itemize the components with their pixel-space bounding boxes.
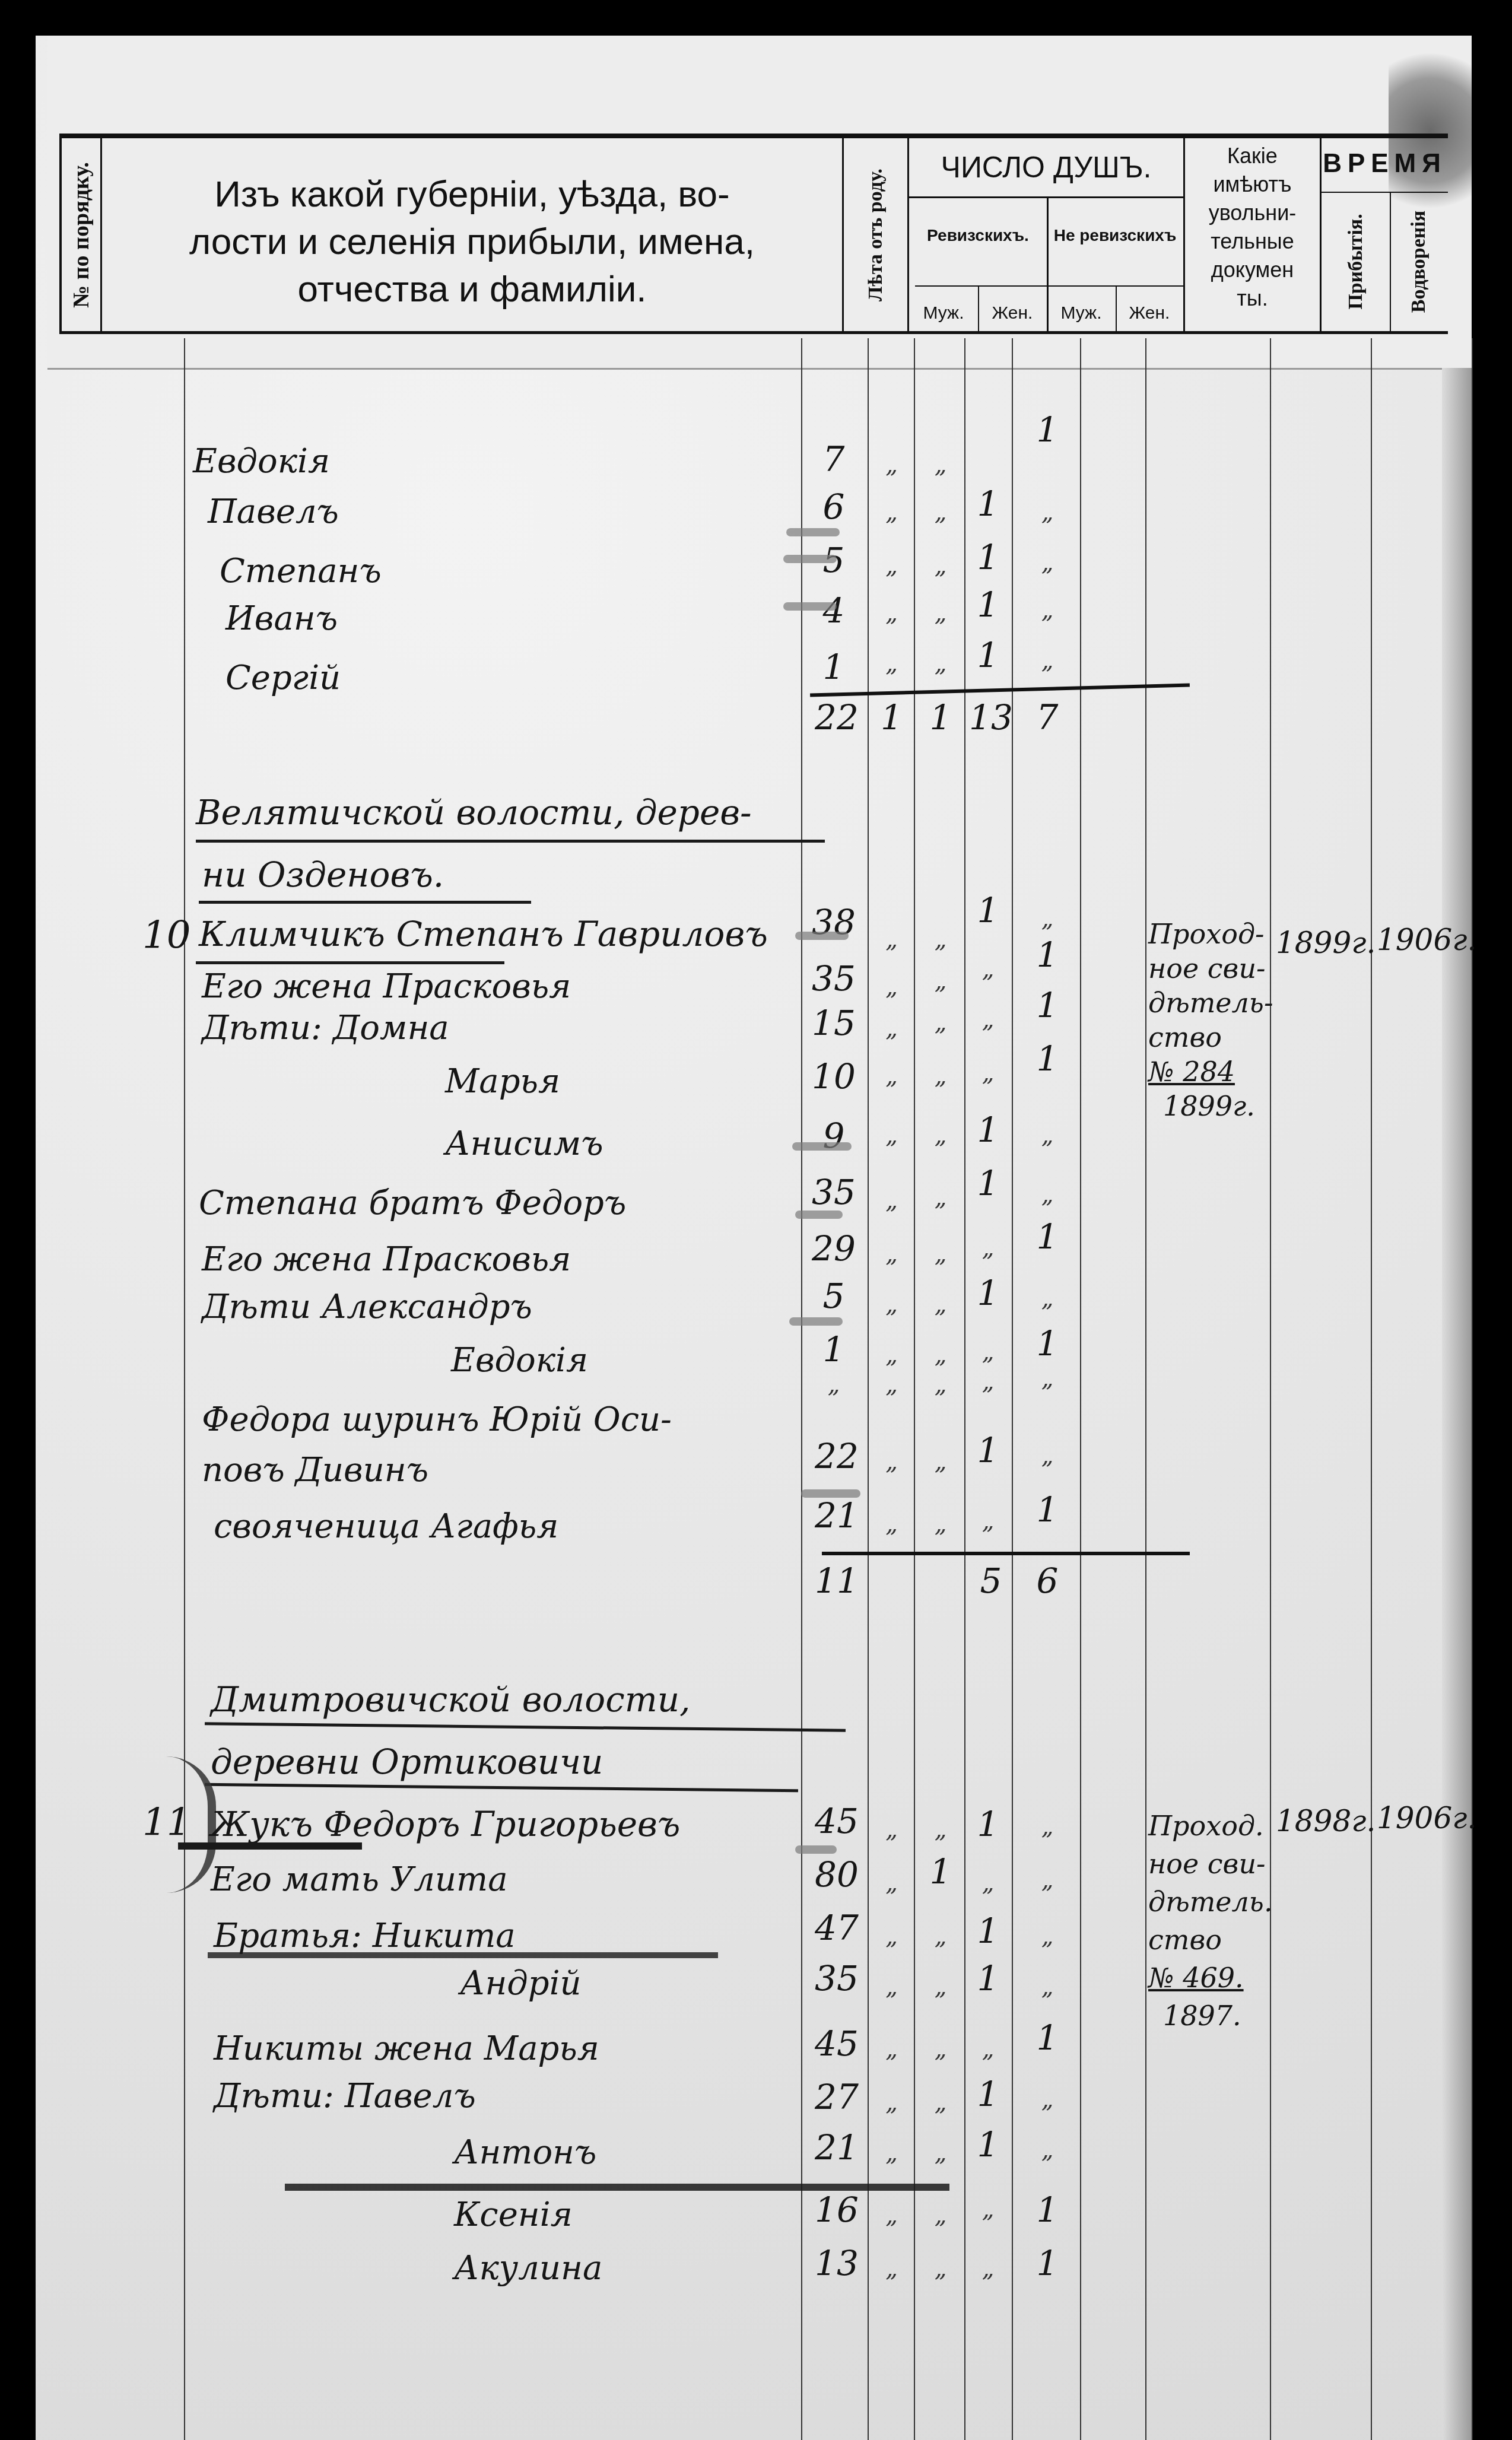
ruling-line bbox=[801, 338, 802, 2440]
entry-rev-female: „ bbox=[917, 2089, 964, 2116]
entry-nrev-female: 1 bbox=[1015, 1323, 1080, 1364]
entry-nrev-female: „ bbox=[1015, 1973, 1080, 2000]
entry-rev-female: „ bbox=[917, 1240, 964, 1267]
entry-nrev-male: 1 bbox=[964, 1911, 1012, 1951]
entry-nrev-male: 1 bbox=[964, 635, 1012, 675]
entry-name: Его жена Прасковья bbox=[202, 1240, 571, 1279]
header-col-time: ВРЕМЯ Прибытія. Водворенія bbox=[1322, 138, 1448, 331]
header-col-revision: Ревизскихъ. Муж. Жен. bbox=[909, 196, 1049, 331]
origin-volost: Велятичской волости, дерев- bbox=[196, 792, 752, 833]
document-line: ное сви- bbox=[1148, 1845, 1273, 1883]
header-origin-line: лости и селенія прибыли, имена, bbox=[102, 218, 842, 266]
document-description: Проход. ное сви- дѣтель. ство № 469. 189… bbox=[1148, 1807, 1273, 2035]
entry-name: Его мать Улита bbox=[211, 1860, 508, 1899]
entry-rev-male: „ bbox=[869, 973, 914, 1000]
entry-nrev-female: 1 bbox=[1015, 935, 1080, 975]
header-documents-line: тельные bbox=[1185, 227, 1320, 256]
origin-volost: Дмитровичской волости, bbox=[211, 1679, 690, 1720]
pencil-mark bbox=[792, 1142, 852, 1151]
header-rev-male: Муж. bbox=[909, 285, 979, 331]
pencil-mark bbox=[795, 1845, 837, 1854]
ruling-line bbox=[1145, 338, 1146, 2440]
header-col-documents: Какіе имѣютъ увольни- тельные докумен ты… bbox=[1185, 138, 1322, 331]
header-nrev-female-label: Жен. bbox=[1116, 303, 1183, 323]
document-number: № 284 bbox=[1148, 1054, 1273, 1089]
ruling-line bbox=[1012, 338, 1013, 2440]
entry-rev-male: „ bbox=[869, 552, 914, 579]
entry-nrev-female: „ bbox=[1015, 1365, 1080, 1392]
entry-age: 27 bbox=[807, 2077, 866, 2117]
header-col-souls-label: ЧИСЛО ДУШЪ. bbox=[909, 150, 1183, 185]
entry-nrev-male: „ bbox=[964, 2035, 1012, 2063]
page-edge-shadow bbox=[1442, 368, 1472, 2440]
entry-nrev-male: 1 bbox=[964, 584, 1012, 625]
header-documents-line: увольни- bbox=[1185, 199, 1320, 227]
entry-rev-male: „ bbox=[869, 2201, 914, 2229]
arrival-date: 1898г. bbox=[1276, 1804, 1376, 1838]
entry-rev-male: „ bbox=[869, 1923, 914, 1950]
entry-nrev-female: „ bbox=[1015, 1813, 1080, 1840]
header-col-non-revision: Не ревизскихъ Муж. Жен. bbox=[1047, 196, 1183, 331]
entry-name: Дѣти Александръ bbox=[202, 1288, 532, 1326]
header-col-arrival-label: Прибытія. bbox=[1345, 214, 1367, 310]
entry-rev-male: „ bbox=[869, 1291, 914, 1318]
arrival-date: 1899г. bbox=[1276, 926, 1376, 960]
entry-rev-male: „ bbox=[869, 2255, 914, 2282]
underline bbox=[178, 1842, 362, 1850]
entry-nrev-male: „ bbox=[964, 1059, 1012, 1086]
entry-nrev-male: 1 bbox=[964, 1804, 1012, 1844]
header-col-number: № по порядку. bbox=[59, 138, 102, 331]
entry-name: Братья: Никита bbox=[214, 1917, 516, 1955]
entry-name: Евдокія bbox=[451, 1341, 588, 1380]
entry-nrev-female: 1 bbox=[1015, 2190, 1080, 2230]
entry-nrev-male: „ bbox=[964, 955, 1012, 983]
entry-nrev-female: 1 bbox=[1015, 1038, 1080, 1079]
entry-age: 15 bbox=[807, 1003, 860, 1043]
entry-name: Сергій bbox=[225, 659, 341, 697]
entry-nrev-male: „ bbox=[964, 1234, 1012, 1262]
head-of-family-name: Жукъ Федоръ Григорьевъ bbox=[211, 1804, 680, 1844]
entry-rev-female: „ bbox=[917, 1923, 964, 1950]
header-documents-line: докумен bbox=[1185, 256, 1320, 284]
entry-nrev-male: 1 bbox=[964, 1958, 1012, 1999]
header-col-number-label: № по порядку. bbox=[68, 162, 94, 308]
document-date: 1897. bbox=[1148, 1997, 1273, 2035]
entry-nrev-male: „ bbox=[964, 1338, 1012, 1365]
entry-nrev-female: „ bbox=[1015, 905, 1080, 932]
entry-name: Дѣти: Домна bbox=[202, 1009, 449, 1047]
entry-age: 13 bbox=[807, 2243, 866, 2283]
entry-rev-female: 1 bbox=[917, 1851, 964, 1892]
origin-village: деревни Ортиковичи bbox=[211, 1742, 603, 1782]
entry-age: 22 bbox=[807, 1436, 866, 1476]
ruling-line bbox=[914, 338, 915, 2440]
entry-rev-female: „ bbox=[917, 552, 964, 579]
entry-nrev-male: „ bbox=[964, 2255, 1012, 2282]
family-number: 11 bbox=[142, 1801, 190, 1845]
entry-name: Анисимъ bbox=[445, 1124, 603, 1163]
header-col-revision-label: Ревизскихъ. bbox=[909, 226, 1047, 245]
entry-age: 4 bbox=[807, 590, 860, 631]
header-col-age: Лѣта отъ роду. bbox=[844, 138, 909, 331]
header-nrev-female: Жен. bbox=[1116, 285, 1183, 331]
entry-nrev-female: 1 bbox=[1015, 985, 1080, 1025]
entry-rev-male: „ bbox=[869, 650, 914, 677]
entry-rev-male: „ bbox=[869, 1869, 914, 1896]
header-col-time-label: ВРЕМЯ bbox=[1322, 149, 1448, 179]
ruling-line bbox=[1472, 338, 1473, 2440]
entry-nrev-male: „ bbox=[964, 2196, 1012, 2223]
entry-rev-male: „ bbox=[869, 1341, 914, 1368]
entry-age: „ bbox=[807, 1371, 860, 1398]
total-age: 22 bbox=[807, 697, 866, 738]
pencil-mark bbox=[789, 1317, 843, 1326]
entry-name: Степана братъ Федоръ bbox=[199, 1184, 626, 1222]
entry-rev-female: „ bbox=[917, 1973, 964, 2000]
entry-rev-female: „ bbox=[917, 1184, 964, 1211]
entry-age: 80 bbox=[807, 1854, 866, 1895]
ruling-line bbox=[1080, 338, 1081, 2440]
entry-rev-female: „ bbox=[917, 1009, 964, 1036]
entry-rev-female: „ bbox=[917, 926, 964, 953]
document-line: Проход- bbox=[1148, 917, 1273, 951]
entry-age: 16 bbox=[807, 2190, 866, 2230]
header-col-origin-label: Изъ какой губерніи, уѣзда, во- лости и с… bbox=[102, 171, 842, 313]
entry-age: 10 bbox=[807, 1056, 860, 1097]
settlement-date: 1906г. bbox=[1377, 923, 1476, 957]
entry-name: свояченица Агафья bbox=[214, 1507, 558, 1546]
header-documents-line: Какіе bbox=[1185, 142, 1320, 170]
entry-nrev-female: 1 bbox=[1015, 2018, 1080, 2058]
entry-age: 45 bbox=[807, 2023, 866, 2064]
entry-name: Марья bbox=[445, 1062, 560, 1101]
entry-nrev-female: „ bbox=[1015, 1285, 1080, 1312]
header-col-origin: Изъ какой губерніи, уѣзда, во- лости и с… bbox=[102, 138, 844, 331]
entry-nrev-male: 1 bbox=[964, 2074, 1012, 2114]
document-description: Проход- ное сви- дѣтель- ство № 284 1899… bbox=[1148, 917, 1273, 1123]
entry-rev-male: „ bbox=[869, 2089, 914, 2116]
entry-rev-female: „ bbox=[917, 599, 964, 627]
header-col-age-label: Лѣта отъ роду. bbox=[865, 168, 887, 301]
document-line: ство bbox=[1148, 1921, 1273, 1959]
entry-nrev-female: „ bbox=[1015, 1923, 1080, 1950]
entry-age: 21 bbox=[807, 1495, 866, 1536]
entry-nrev-female: 1 bbox=[1015, 409, 1080, 450]
entry-age: 45 bbox=[807, 1801, 866, 1841]
origin-village: ни Озденовъ. bbox=[202, 854, 444, 895]
pencil-mark bbox=[795, 1211, 843, 1219]
header-origin-line: Изъ какой губерніи, уѣзда, во- bbox=[102, 171, 842, 218]
entry-name: Его жена Прасковья bbox=[202, 967, 571, 1006]
pencil-mark bbox=[783, 555, 837, 563]
header-rev-female-label: Жен. bbox=[978, 303, 1047, 323]
document-line: ство bbox=[1148, 1020, 1273, 1054]
entry-nrev-female: „ bbox=[1015, 2086, 1080, 2113]
total-nrev-male: 5 bbox=[964, 1561, 1018, 1601]
entry-name: Ксенія bbox=[454, 2196, 573, 2234]
family-number: 10 bbox=[142, 914, 190, 958]
header-rev-female: Жен. bbox=[978, 285, 1047, 331]
entry-name: Федора шуринъ Юрій Оси- bbox=[202, 1400, 672, 1439]
underline bbox=[199, 901, 531, 904]
entry-rev-male: „ bbox=[869, 1187, 914, 1214]
entry-nrev-female: „ bbox=[1015, 647, 1080, 674]
entry-nrev-male: „ bbox=[964, 1006, 1012, 1033]
entry-rev-female: „ bbox=[917, 1510, 964, 1537]
entry-rev-male: „ bbox=[869, 1121, 914, 1149]
underline bbox=[196, 840, 825, 843]
entry-nrev-male: „ bbox=[964, 1507, 1012, 1534]
entry-rev-female: „ bbox=[917, 2139, 964, 2166]
entry-nrev-male: 1 bbox=[964, 1273, 1012, 1313]
entry-age: 6 bbox=[807, 487, 860, 527]
entry-rev-female: „ bbox=[917, 498, 964, 526]
entry-rev-female: „ bbox=[917, 1816, 964, 1843]
pencil-underline bbox=[208, 1952, 718, 1958]
entry-nrev-male: 1 bbox=[964, 2124, 1012, 2165]
entry-nrev-male: 1 bbox=[964, 1163, 1012, 1203]
entry-rev-female: „ bbox=[917, 1341, 964, 1368]
entry-age: 7 bbox=[807, 439, 860, 479]
entry-rev-female: „ bbox=[917, 1121, 964, 1149]
entry-age: 35 bbox=[807, 1172, 860, 1212]
entry-nrev-female: „ bbox=[1015, 1121, 1080, 1149]
entry-age: 47 bbox=[807, 1908, 866, 1948]
ruling-line bbox=[184, 338, 185, 2440]
entry-nrev-male: 1 bbox=[964, 890, 1012, 930]
document-number: № 469. bbox=[1148, 1959, 1273, 1997]
header-documents-line: имѣютъ bbox=[1185, 170, 1320, 199]
entry-nrev-male: 1 bbox=[964, 1110, 1012, 1150]
header-nrev-male-label: Муж. bbox=[1047, 303, 1116, 323]
entry-name: Дѣти: Павелъ bbox=[214, 2077, 476, 2115]
entry-nrev-female: „ bbox=[1015, 498, 1080, 526]
entry-nrev-female: 1 bbox=[1015, 2243, 1080, 2283]
entry-rev-female: „ bbox=[917, 1448, 964, 1475]
settlement-date: 1906г. bbox=[1377, 1801, 1476, 1835]
entry-nrev-female: 1 bbox=[1015, 1489, 1080, 1530]
entry-name: Иванъ bbox=[225, 599, 338, 638]
entry-rev-male: „ bbox=[869, 1062, 914, 1089]
header-rev-male-label: Муж. bbox=[909, 303, 978, 323]
header-nrev-male: Муж. bbox=[1047, 285, 1117, 331]
entry-rev-male: „ bbox=[869, 599, 914, 627]
header-origin-line: отчества и фамиліи. bbox=[102, 266, 842, 313]
entry-rev-male: „ bbox=[869, 498, 914, 526]
head-of-family-name: Климчикъ Степанъ Гавриловъ bbox=[199, 914, 768, 954]
entry-age: 35 bbox=[807, 1958, 866, 1999]
ruling-line bbox=[868, 338, 869, 2440]
total-rev-male: 1 bbox=[869, 697, 914, 738]
entry-rev-female: „ bbox=[917, 2255, 964, 2282]
entry-rev-male: „ bbox=[869, 1240, 914, 1267]
header-col-arrival: Прибытія. bbox=[1322, 192, 1391, 331]
entry-nrev-female: „ bbox=[1015, 596, 1080, 624]
entry-rev-female: „ bbox=[917, 650, 964, 677]
entry-rev-female: „ bbox=[917, 451, 964, 478]
header-col-settlement: Водворенія bbox=[1390, 192, 1448, 331]
entry-rev-female: „ bbox=[917, 2201, 964, 2229]
entry-nrev-female: 1 bbox=[1015, 1216, 1080, 1257]
column-header-table: № по порядку. Изъ какой губерніи, уѣзда,… bbox=[59, 134, 1448, 334]
entry-rev-male: „ bbox=[869, 1816, 914, 1843]
ruling-line bbox=[1270, 338, 1271, 2440]
total-rev-female: 1 bbox=[917, 697, 964, 738]
entry-rev-female: „ bbox=[917, 2035, 964, 2063]
entry-nrev-male: „ bbox=[964, 1869, 1012, 1896]
entry-name: Степанъ bbox=[220, 552, 382, 590]
entry-rev-female: „ bbox=[917, 1062, 964, 1089]
ruling-line bbox=[1371, 338, 1372, 2440]
header-col-souls: ЧИСЛО ДУШЪ. Ревизскихъ. Муж. Жен. Не рев… bbox=[909, 138, 1185, 331]
entry-rev-male: „ bbox=[869, 1015, 914, 1042]
pencil-mark bbox=[795, 932, 849, 940]
total-age: 11 bbox=[807, 1561, 866, 1601]
entry-nrev-female: „ bbox=[1015, 1181, 1080, 1208]
entry-name: Никиты жена Марья bbox=[214, 2029, 599, 2068]
header-documents-line: ты. bbox=[1185, 284, 1320, 313]
entry-rev-male: „ bbox=[869, 1510, 914, 1537]
pencil-mark bbox=[783, 602, 837, 611]
entry-rev-male: „ bbox=[869, 1371, 914, 1398]
total-nrev-female: 6 bbox=[1015, 1561, 1080, 1601]
header-col-documents-label: Какіе имѣютъ увольни- тельные докумен ты… bbox=[1185, 142, 1320, 313]
entry-age: 21 bbox=[807, 2127, 866, 2168]
total-nrev-female: 7 bbox=[1015, 697, 1080, 738]
entry-age: 29 bbox=[807, 1228, 860, 1269]
entry-rev-male: „ bbox=[869, 1448, 914, 1475]
entry-nrev-female: „ bbox=[1015, 1866, 1080, 1893]
entry-rev-male: „ bbox=[869, 2035, 914, 2063]
document-line: дѣтель- bbox=[1148, 986, 1273, 1020]
entry-name: Павелъ bbox=[208, 493, 339, 531]
entry-name: Андрій bbox=[460, 1964, 582, 2003]
entry-name: Евдокія bbox=[193, 442, 330, 481]
entry-name: Антонъ bbox=[454, 2133, 596, 2172]
entry-rev-male: „ bbox=[869, 926, 914, 953]
header-col-non-revision-label: Не ревизскихъ bbox=[1047, 226, 1183, 245]
total-line bbox=[822, 1552, 1190, 1555]
entry-nrev-male: 1 bbox=[964, 484, 1012, 524]
entry-age: 1 bbox=[807, 647, 860, 687]
header-col-settlement-label: Водворенія bbox=[1408, 210, 1430, 312]
entry-nrev-female: „ bbox=[1015, 2136, 1080, 2163]
entry-nrev-female: „ bbox=[1015, 549, 1080, 576]
entry-nrev-male: 1 bbox=[964, 537, 1012, 577]
entry-rev-female: „ bbox=[917, 967, 964, 995]
underline bbox=[196, 961, 504, 964]
entry-rev-male: „ bbox=[869, 451, 914, 478]
document-line: Проход. bbox=[1148, 1807, 1273, 1845]
document-line: дѣтель. bbox=[1148, 1883, 1273, 1921]
pencil-mark bbox=[786, 528, 840, 536]
entry-nrev-male: 1 bbox=[964, 1430, 1012, 1470]
entry-rev-male: „ bbox=[869, 1973, 914, 2000]
entry-rev-female: „ bbox=[917, 1291, 964, 1318]
entry-name: повъ Дивинъ bbox=[202, 1451, 428, 1489]
entry-name: Акулина bbox=[454, 2249, 602, 2287]
entry-rev-male: „ bbox=[869, 2139, 914, 2166]
document-date: 1899г. bbox=[1148, 1089, 1273, 1123]
document-line: ное сви- bbox=[1148, 951, 1273, 986]
entry-age: 5 bbox=[807, 1276, 860, 1316]
entry-nrev-female: „ bbox=[1015, 1442, 1080, 1469]
entry-age: 1 bbox=[807, 1329, 860, 1370]
entry-nrev-male: „ bbox=[964, 1368, 1012, 1395]
total-nrev-male: 13 bbox=[964, 697, 1018, 738]
entry-age: 35 bbox=[807, 958, 860, 999]
entry-rev-female: „ bbox=[917, 1371, 964, 1398]
